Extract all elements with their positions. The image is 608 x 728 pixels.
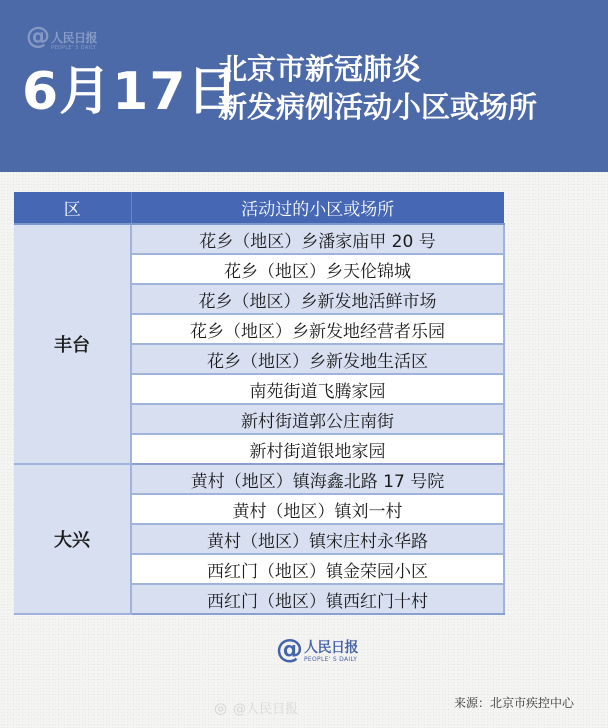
place-cell: 黄村（地区）镇海鑫北路 17 号院 [131,464,504,494]
at-icon: @ [26,24,50,48]
place-cell: 花乡（地区）乡天伦锦城 [131,254,504,284]
page-title: 北京市新冠肺炎 新发病例活动小区或场所 [218,50,537,126]
source-credit: 来源：北京市疾控中心 [454,694,574,711]
title-line-1: 北京市新冠肺炎 [218,50,537,88]
column-header-district: 区 [14,192,131,224]
place-cell: 黄村（地区）镇刘一村 [131,494,504,524]
district-cell-fengtai: 丰台 [14,224,131,464]
table-row: 丰台 花乡（地区）乡潘家庙甲 20 号 [14,224,504,254]
table-row: 大兴 黄村（地区）镇海鑫北路 17 号院 [14,464,504,494]
at-icon: @ [276,636,303,664]
place-cell: 新村街道郭公庄南街 [131,404,504,434]
place-cell: 花乡（地区）乡新发地活鲜市场 [131,284,504,314]
place-cell: 西红门（地区）镇西红门十村 [131,584,504,614]
peoples-daily-logo-faded: @ 人民日报 PEOPLE' S DAILY [26,24,97,51]
title-line-2: 新发病例活动小区或场所 [218,88,537,126]
place-cell: 花乡（地区）乡潘家庙甲 20 号 [131,224,504,254]
weibo-icon: ◎ [214,699,227,717]
logo-cn-text: 人民日报 [304,641,358,656]
weibo-watermark: ◎ @人民日报 [214,698,298,717]
logo-cn-text: 人民日报 [51,32,97,45]
place-cell: 南苑街道飞腾家园 [131,374,504,404]
date-heading: 6月17日 [22,62,240,122]
locations-table: 区 活动过的小区或场所 丰台 花乡（地区）乡潘家庙甲 20 号 花乡（地区）乡天… [14,192,505,615]
header-banner: @ 人民日报 PEOPLE' S DAILY 6月17日 北京市新冠肺炎 新发病… [0,0,608,172]
table-header-row: 区 活动过的小区或场所 [14,192,504,224]
peoples-daily-logo: @ 人民日报 PEOPLE' S DAILY [276,636,358,664]
column-header-places: 活动过的小区或场所 [131,192,504,224]
logo-en-text: PEOPLE' S DAILY [304,656,358,664]
place-cell: 新村街道银地家园 [131,434,504,464]
place-cell: 西红门（地区）镇金荣园小区 [131,554,504,584]
place-cell: 花乡（地区）乡新发地生活区 [131,344,504,374]
place-cell: 黄村（地区）镇宋庄村永华路 [131,524,504,554]
logo-en-text: PEOPLE' S DAILY [51,45,97,51]
watermark-text: @人民日报 [233,698,298,717]
district-cell-daxing: 大兴 [14,464,131,614]
place-cell: 花乡（地区）乡新发地经营者乐园 [131,314,504,344]
